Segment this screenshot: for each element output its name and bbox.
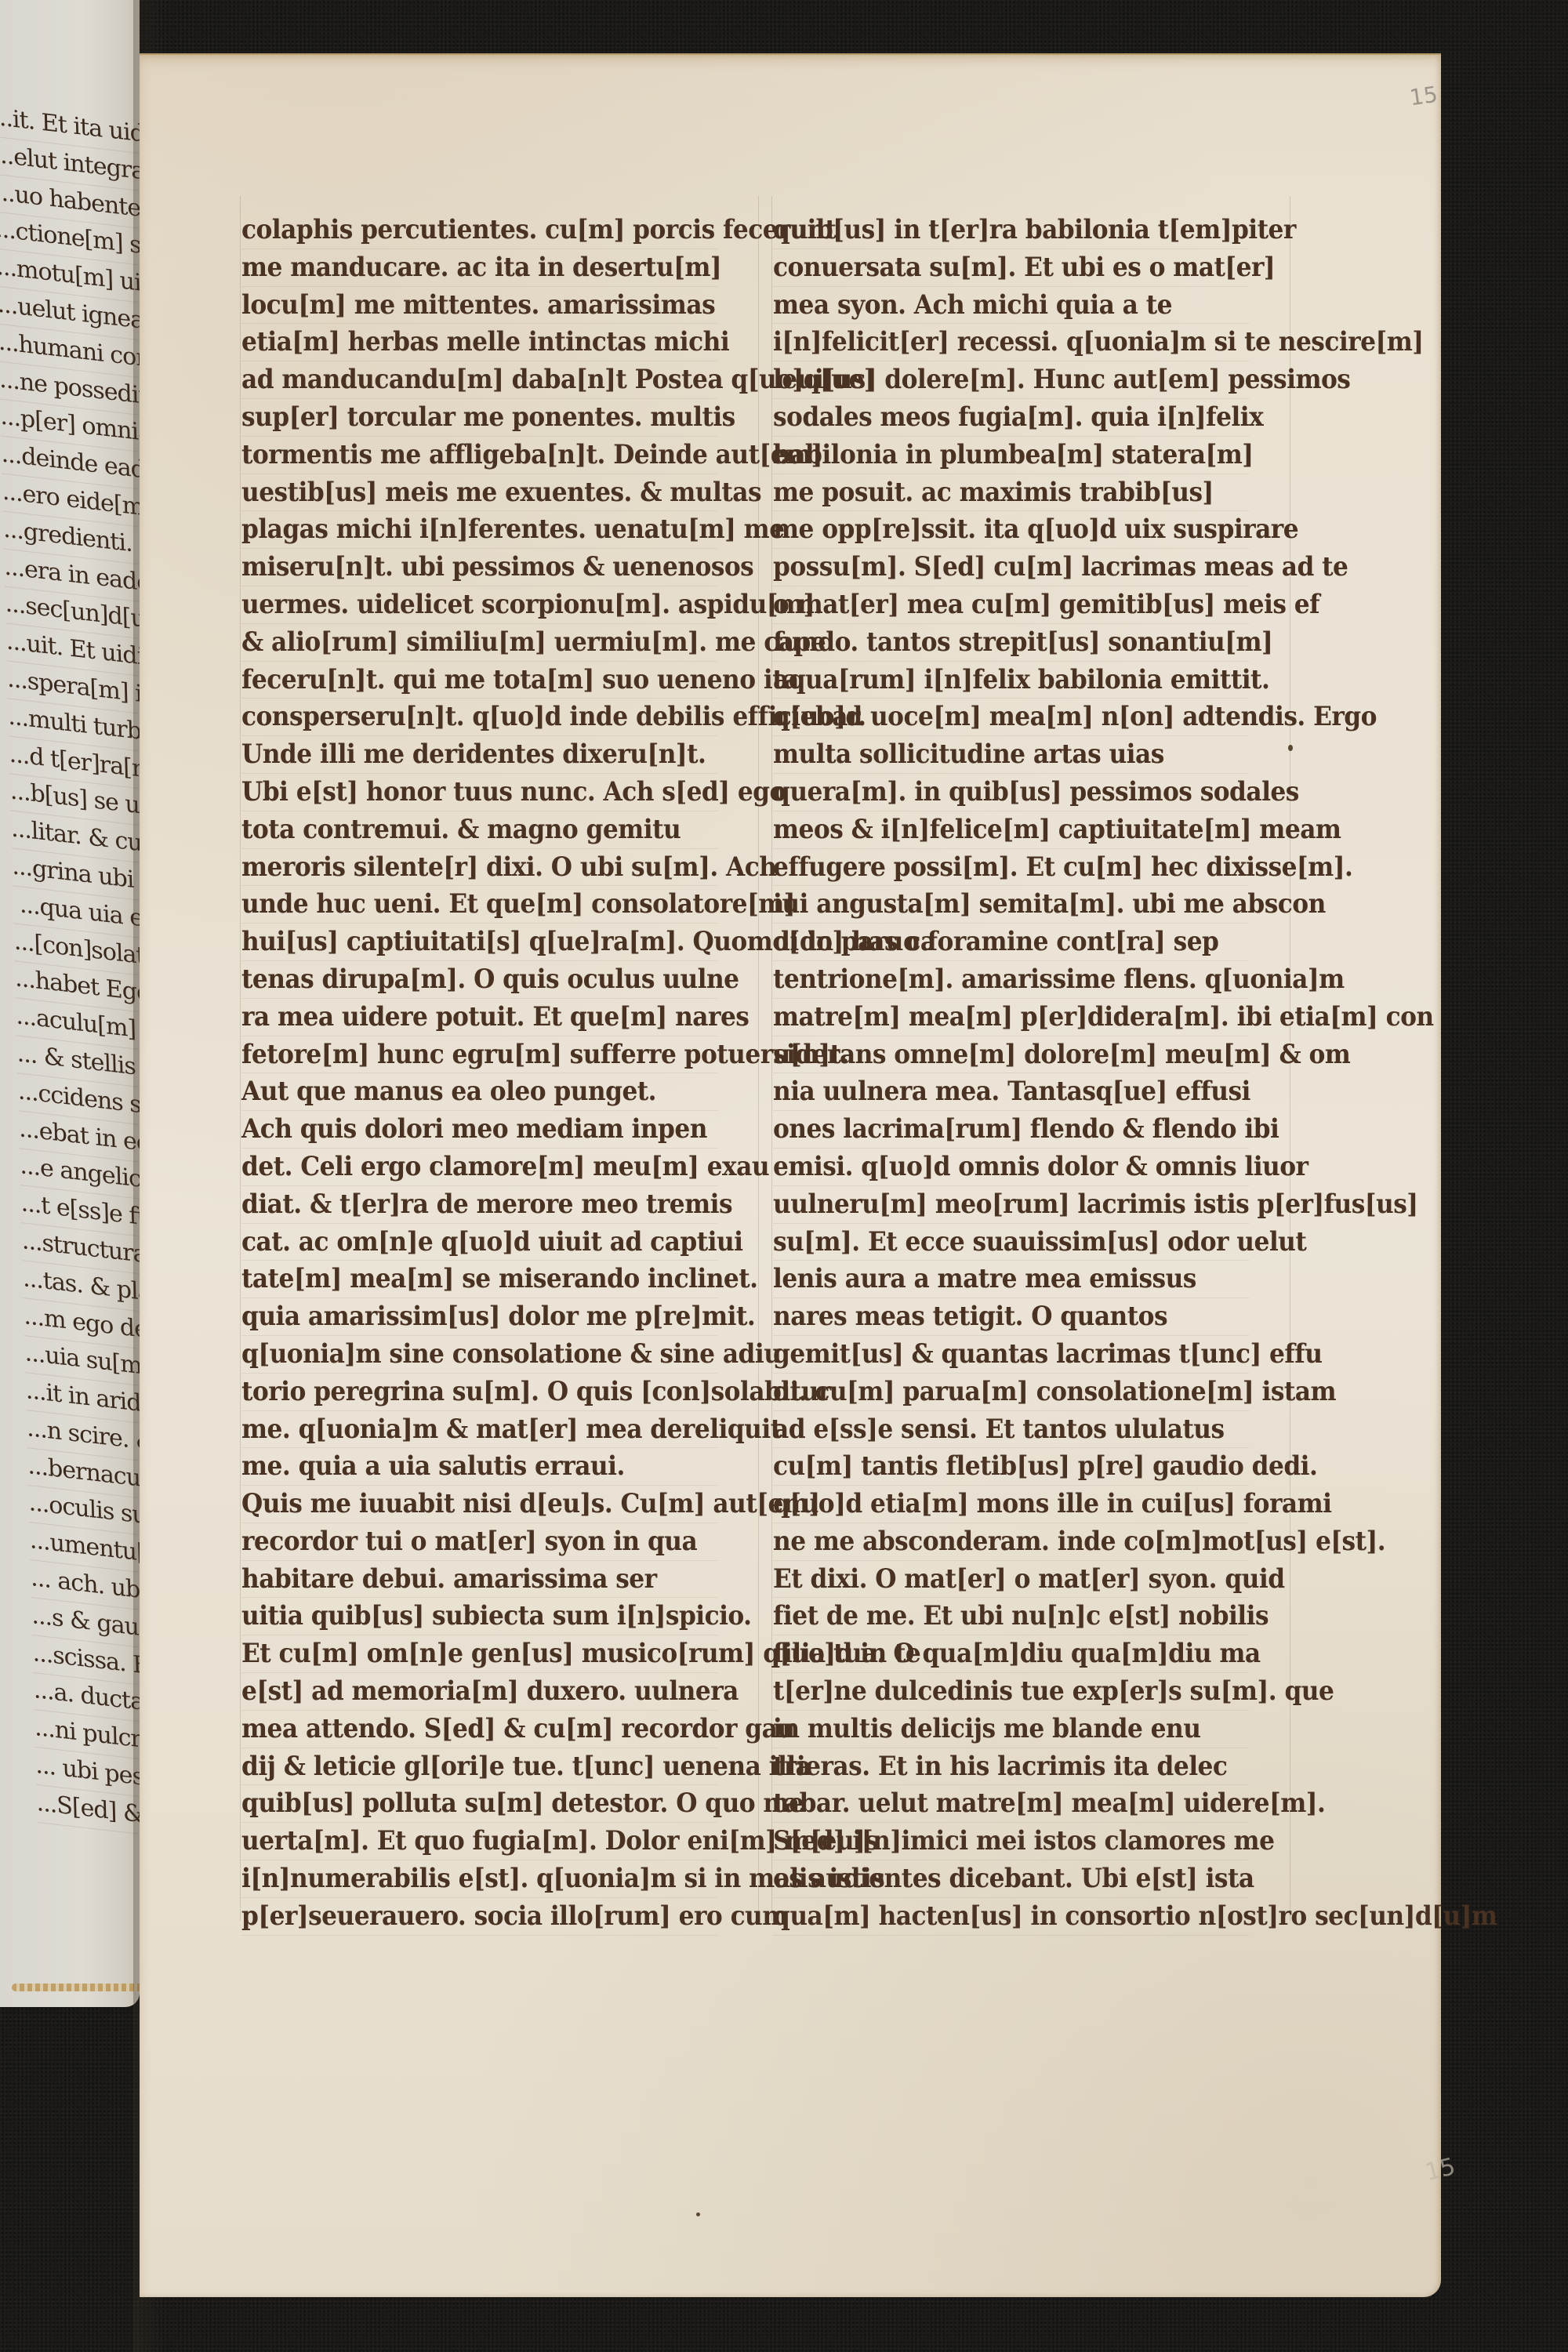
text-column-right: quib[us] in t[er]ra babilonia t[em]piter…: [773, 212, 1290, 1936]
recto-page: 15 15 colaphis percutientes. cu[m] porci…: [140, 53, 1441, 2297]
text-line: Et dixi. O mat[er] o mat[er] syon. quid: [773, 1561, 1249, 1599]
text-line: colaphis percutientes. cu[m] porcis fece…: [241, 212, 717, 249]
text-line: meroris silente[r] dixi. O ubi su[m]. Ac…: [241, 849, 717, 887]
text-line: di in paruo foramine cont[ra] sep: [773, 924, 1249, 961]
text-line: q[uo]d etia[m] mons ille in cui[us] fora…: [773, 1486, 1249, 1523]
text-line: ad e[ss]e sensi. Et tantos ululatus: [773, 1411, 1249, 1449]
text-line: fundo. tantos strepit[us] sonantiu[m]: [773, 624, 1249, 662]
text-line: lenis aura a matre mea emissus: [773, 1261, 1249, 1298]
text-line: leui[us] dolere[m]. Hunc aut[em] pessimo…: [773, 361, 1249, 399]
text-line: ones lacrima[rum] flendo & flendo ibi: [773, 1111, 1249, 1149]
text-line: tormentis me affligeba[n]t. Deinde aut[e…: [241, 437, 717, 474]
text-line: q[uonia]m sine consolatione & sine adiu: [241, 1336, 717, 1374]
text-line: di. cu[m] parua[m] consolatione[m] istam: [773, 1374, 1249, 1411]
text-line: me opp[re]ssit. ita q[uo]d uix suspirare: [773, 511, 1249, 549]
text-line: meos & i[n]felice[m] captiuitate[m] meam: [773, 811, 1249, 849]
text-line: o mat[er] mea cu[m] gemitib[us] meis ef: [773, 586, 1249, 624]
text-line: quib[us] in t[er]ra babilonia t[em]piter: [773, 212, 1249, 249]
text-line: in multis delicijs me blande enu: [773, 1711, 1249, 1748]
text-line: tate[m] mea[m] se miserando inclinet.: [241, 1261, 717, 1298]
text-line: diat. & t[er]ra de merore meo tremis: [241, 1186, 717, 1224]
text-line: det. Celi ergo clamore[m] meu[m] exau: [241, 1149, 717, 1186]
text-line: feceru[n]t. qui me tota[m] suo ueneno it…: [241, 662, 717, 699]
text-line: fetore[m] hunc egru[m] sufferre potueru[…: [241, 1036, 717, 1074]
text-line: t[er]ne dulcedinis tue exp[er]s su[m]. q…: [773, 1673, 1249, 1711]
text-line: emisi. q[uo]d omnis dolor & omnis liuor: [773, 1149, 1249, 1186]
text-line: plagas michi i[n]ferentes. uenatu[m] me: [241, 511, 717, 549]
text-line: nares meas tetigit. O quantos: [773, 1298, 1249, 1336]
text-line: me posuit. ac maximis trabib[us]: [773, 474, 1249, 512]
text-line: qua[m] hacten[us] in consortio n[ost]ro …: [773, 1898, 1249, 1936]
verso-text-block: ...it. Et ita uidi quasi...elut integra[…: [0, 106, 140, 1833]
text-line: nia uulnera mea. Tantasq[ue] effusi: [773, 1073, 1249, 1111]
text-line: i[n]felicit[er] recessi. q[uonia]m si te…: [773, 324, 1249, 361]
text-line: fiet de me. Et ubi nu[n]c e[st] nobilis: [773, 1598, 1249, 1635]
text-line: me manducare. ac ita in desertu[m]: [241, 249, 717, 287]
text-line: & alio[rum] similiu[m] uermiu[m]. me cap…: [241, 624, 717, 662]
text-line: quera[m]. in quib[us] pessimos sodales: [773, 774, 1249, 811]
text-line: filia tua. O qua[m]diu qua[m]diu ma: [773, 1635, 1249, 1673]
text-line: quia amarissim[us] dolor me p[re]mit.: [241, 1298, 717, 1336]
text-line: uulneru[m] meo[rum] lacrimis istis p[er]…: [773, 1186, 1249, 1224]
text-line: mea syon. Ach michi quia a te: [773, 287, 1249, 325]
text-line: sup[er] torcular me ponentes. multis: [241, 399, 717, 437]
text-line: p[er]seuerauero. socia illo[rum] ero cum: [241, 1898, 717, 1936]
text-line: tota contremui. & magno gemitu: [241, 811, 717, 849]
text-line: consperseru[n]t. q[uo]d inde debilis eff…: [241, 699, 717, 736]
text-line: miseru[n]t. ubi pessimos & uenenosos: [241, 549, 717, 586]
text-line: dij & leticie gl[ori]e tue. t[unc] uenen…: [241, 1748, 717, 1786]
ink-speck: [1288, 745, 1293, 751]
text-line: recordor tui o mat[er] syon in qua: [241, 1523, 717, 1561]
text-line: Unde illi me deridentes dixeru[n]t.: [241, 736, 717, 774]
text-line: Ubi e[st] honor tuus nunc. Ach s[ed] ego: [241, 774, 717, 811]
text-line: gemit[us] & quantas lacrimas t[unc] effu: [773, 1336, 1249, 1374]
text-line: quib[us] polluta su[m] detestor. O quo m…: [241, 1785, 717, 1823]
text-line: torio peregrina su[m]. O quis [con]solab…: [241, 1374, 717, 1411]
text-line: uermes. uidelicet scorpionu[m]. aspidu[m…: [241, 586, 717, 624]
text-column-left: colaphis percutientes. cu[m] porcis fece…: [241, 212, 759, 1936]
text-line: tabar. uelut matre[m] mea[m] uidere[m].: [773, 1785, 1249, 1823]
text-line: effugere possi[m]. Et cu[m] hec dixisse[…: [773, 849, 1249, 887]
text-line: uitia quib[us] subiecta sum i[n]spicio.: [241, 1598, 717, 1635]
text-line: ad manducandu[m] daba[n]t Postea q[uo]q[…: [241, 361, 717, 399]
text-line: possu[m]. S[ed] cu[m] lacrimas meas ad t…: [773, 549, 1249, 586]
text-line: unde huc ueni. Et que[m] consolatore[m]: [241, 886, 717, 924]
text-line: babilonia in plumbea[m] statera[m]: [773, 437, 1249, 474]
text-line: su[m]. Et ecce suauissim[us] odor uelut: [773, 1224, 1249, 1261]
text-line: Quis me iuuabit nisi d[eu]s. Cu[m] aut[e…: [241, 1486, 717, 1523]
text-line: iui angusta[m] semita[m]. ubi me abscon: [773, 886, 1249, 924]
text-line: etia[m] herbas melle intinctas michi: [241, 324, 717, 361]
text-line: matre[m] mea[m] p[er]didera[m]. ibi etia…: [773, 999, 1249, 1036]
text-line: i[n]numerabilis e[st]. q[uonia]m si in m…: [241, 1860, 717, 1898]
ink-speck: [696, 2212, 700, 2216]
text-line: trieras. Et in his lacrimis ita delec: [773, 1748, 1249, 1786]
text-line: hui[us] captiuitati[s] q[ue]ra[m]. Quomo…: [241, 924, 717, 961]
text-line: S[ed] i[n]imici mei istos clamores me: [773, 1823, 1249, 1860]
text-line: locu[m] me mittentes. amarissimas: [241, 287, 717, 325]
text-line: uestib[us] meis me exuentes. & multas: [241, 474, 717, 512]
text-line: multa sollicitudine artas uias: [773, 736, 1249, 774]
text-line: habitare debui. amarissima ser: [241, 1561, 717, 1599]
text-line: me. quia a uia salutis erraui.: [241, 1448, 717, 1486]
text-line: mea attendo. S[ed] & cu[m] recordor gau: [241, 1711, 717, 1748]
text-line: uerta[m]. Et quo fugia[m]. Dolor eni[m] …: [241, 1823, 717, 1860]
text-line: Et cu[m] om[n]e gen[us] musico[rum] q[uo…: [241, 1635, 717, 1673]
text-line: conuersata su[m]. Et ubi es o mat[er]: [773, 249, 1249, 287]
text-line: tentrione[m]. amarissime flens. q[uonia]…: [773, 961, 1249, 999]
text-line: ne me absconderam. inde co[m]mot[us] e[s…: [773, 1523, 1249, 1561]
text-line: tenas dirupa[m]. O quis oculus uulne: [241, 961, 717, 999]
text-line: siderans omne[m] dolore[m] meu[m] & om: [773, 1036, 1249, 1074]
text-line: sodales meos fugia[m]. quia i[n]felix: [773, 399, 1249, 437]
text-line: q[uo]d uoce[m] mea[m] n[on] adtendis. Er…: [773, 699, 1249, 736]
text-line: ra mea uidere potuit. Et que[m] nares: [241, 999, 717, 1036]
text-line: e[st] ad memoria[m] duxero. uulnera: [241, 1673, 717, 1711]
text-line: cat. ac om[n]e q[uo]d uiuit ad captiui: [241, 1224, 717, 1261]
text-line: me. q[uonia]m & mat[er] mea dereliquit: [241, 1411, 717, 1449]
folio-number-top: 15: [1408, 82, 1439, 111]
text-line: Aut que manus ea oleo punget.: [241, 1073, 717, 1111]
text-line: cu[m] tantis fletib[us] p[re] gaudio ded…: [773, 1448, 1249, 1486]
verso-page-fragment: ...it. Et ita uidi quasi...elut integra[…: [0, 0, 140, 2007]
gutter-stain: [12, 1984, 140, 1991]
text-line: Ach quis dolori meo mediam inpen: [241, 1111, 717, 1149]
text-line: aqua[rum] i[n]felix babilonia emittit.: [773, 662, 1249, 699]
text-line: os audientes dicebant. Ubi e[st] ista: [773, 1860, 1249, 1898]
